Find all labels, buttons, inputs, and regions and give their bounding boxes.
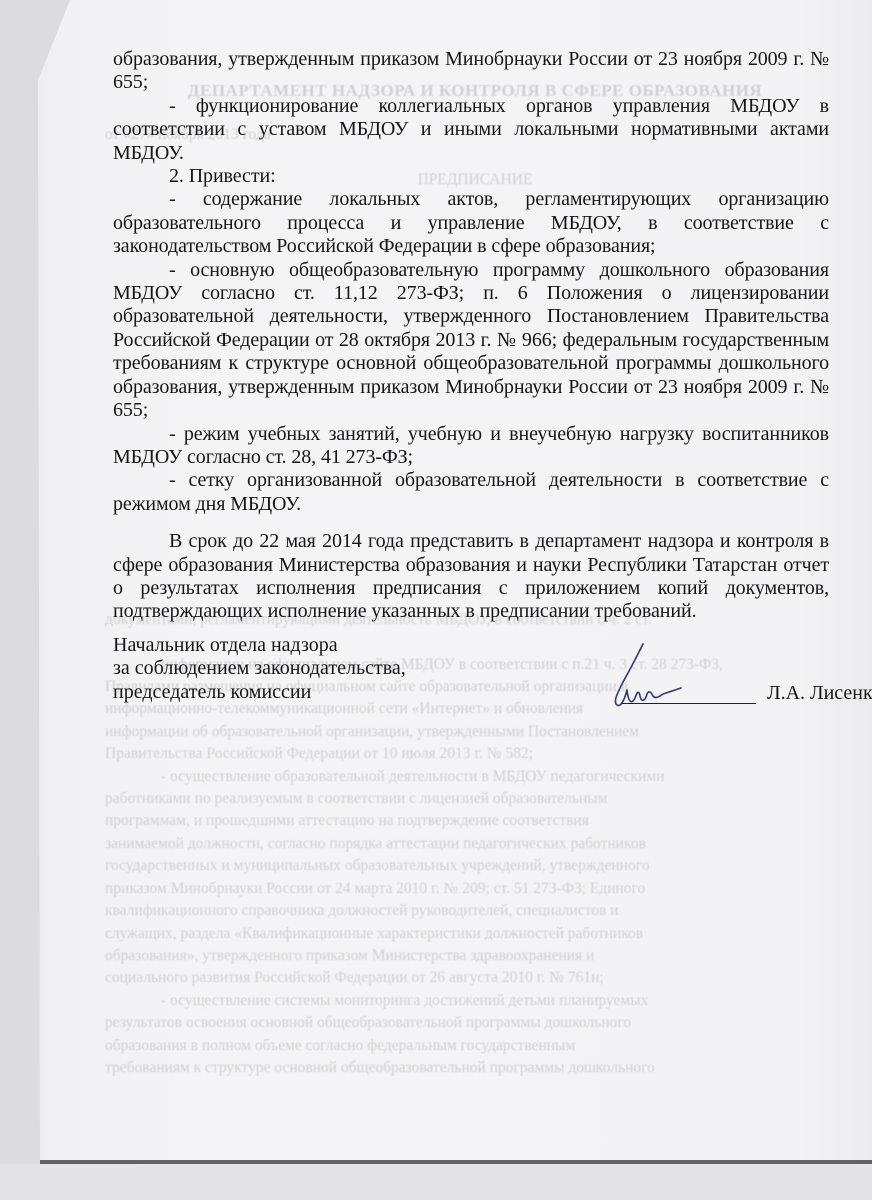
- paragraph-study-schedule: - режим учебных занятий, учебную и внеуч…: [113, 423, 829, 470]
- bleed-through-line: работниками по реализуемым в соответстви…: [105, 788, 845, 810]
- handwritten-signature-icon: [593, 642, 703, 712]
- bleed-through-line: занимаемой должности, согласно порядка а…: [105, 833, 845, 855]
- bleed-through-line: - осуществление системы мониторинга дост…: [105, 990, 845, 1012]
- bleed-through-line: квалификационного справочника должностей…: [105, 900, 845, 922]
- bleed-through-line: образования», утвержденного приказом Мин…: [105, 945, 845, 967]
- signer-position: Начальник отдела надзора за соблюдением …: [113, 634, 406, 704]
- paragraph-local-acts: - содержание локальных актов, регламенти…: [113, 188, 829, 258]
- bleed-through-line: социального развития Российской Федераци…: [105, 967, 845, 989]
- signer-position-line: Начальник отдела надзора: [113, 634, 406, 657]
- bleed-through-line: служащих, раздела «Квалификационные хара…: [105, 923, 845, 945]
- paragraph-collegial-bodies: - функционирование коллегиальных органов…: [113, 95, 829, 165]
- document-body: образования, утвержденным приказом Миноб…: [113, 48, 829, 624]
- bleed-through-line: - осуществление образовательной деятельн…: [105, 766, 845, 788]
- bleed-through-line: государственных и муниципальных образова…: [105, 855, 845, 877]
- paragraph-section-2-heading: 2. Привести:: [113, 165, 829, 188]
- paragraph-continuation: образования, утвержденным приказом Миноб…: [113, 48, 829, 95]
- scanner-bed: [0, 1164, 872, 1200]
- bleed-through-line: требованиям к структуре основной общеобр…: [105, 1057, 845, 1079]
- signer-name: Л.А. Лисенкова: [767, 682, 872, 705]
- signature-block: Начальник отдела надзора за соблюдением …: [113, 634, 829, 724]
- paragraph-deadline: В срок до 22 мая 2014 года представить в…: [113, 530, 829, 624]
- bleed-through-line: образования в полном объеме согласно фед…: [105, 1035, 845, 1057]
- bleed-through-line: программам, и прошедшими аттестацию на п…: [105, 810, 845, 832]
- bleed-through-line: приказом Минобрнауки России от 24 марта …: [105, 878, 845, 900]
- paragraph-activity-grid: - сетку организованной образовательной д…: [113, 469, 829, 516]
- scanned-document: ДЕПАРТАМЕНТ НАДЗОРА И КОНТРОЛЯ В СФЕРЕ О…: [0, 0, 872, 1200]
- signature-line: [621, 703, 756, 704]
- bleed-through-line: Правительства Российской Федерации от 10…: [105, 743, 845, 765]
- paragraph-educational-program: - основную общеобразовательную программу…: [113, 259, 829, 423]
- signer-position-line: за соблюдением законодательства,: [113, 657, 406, 680]
- bleed-through-line: информации об образовательной организаци…: [105, 721, 845, 743]
- bleed-through-line: результатов освоения основной общеобразо…: [105, 1012, 845, 1034]
- signer-position-line: председатель комиссии: [113, 681, 406, 704]
